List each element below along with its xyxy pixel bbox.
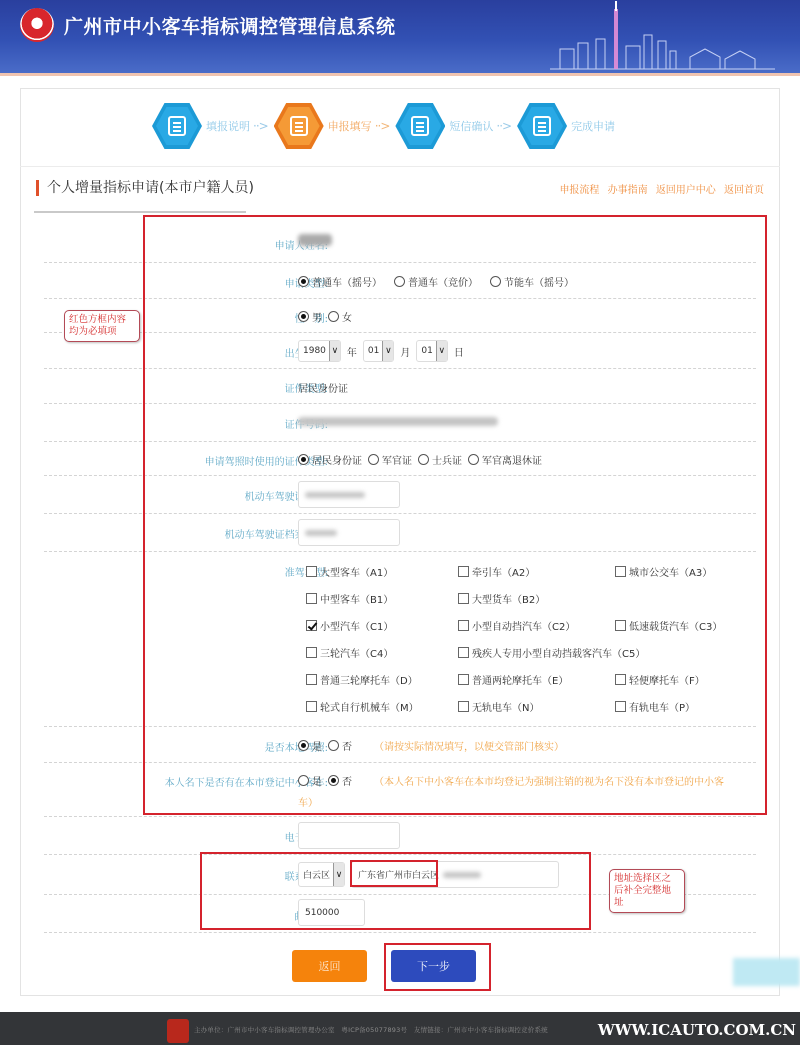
checkbox-c4[interactable]: 三轮汽车（C4）	[306, 645, 393, 660]
email-field[interactable]	[298, 822, 400, 849]
link-home[interactable]: 返回首页	[724, 185, 764, 196]
license-id-type-options: 居民身份证 军官证 士兵证 军官离退休证	[298, 452, 554, 467]
month-unit: 月	[400, 344, 410, 359]
has-local-car-options: 是 否 （本人名下中小客车在本市均登记为强制注销的视为名下没有本市登记的中小客	[298, 773, 724, 788]
checkbox-m[interactable]: 轮式自行机械车（M）	[306, 699, 419, 714]
checkbox-n[interactable]: 无轨电车（N）	[458, 699, 539, 714]
row-email: 电子邮箱:	[44, 817, 756, 855]
radio-id-resident[interactable]: 居民身份证	[298, 452, 362, 467]
radio-local-license-yes[interactable]: 是	[298, 738, 322, 753]
radio-id-retired-officer[interactable]: 军官离退休证	[468, 452, 542, 467]
row-id-number: 证件号码:	[44, 404, 756, 442]
address-note-callout: 地址选择区之后补全完整地址	[609, 869, 685, 913]
chevron-down-icon: ∨	[333, 863, 344, 886]
radio-has-car-yes[interactable]: 是	[298, 773, 322, 788]
year-select[interactable]: 1980∨	[298, 340, 341, 362]
site-footer: 主办单位：广州市中小客车指标调控管理办公室 粤ICP备05077893号 友情链…	[0, 1012, 800, 1045]
document-list-icon	[152, 103, 202, 149]
address-input[interactable]: 广东省广州市白云区	[351, 861, 559, 888]
arrow-right-icon: ··>	[496, 119, 511, 133]
row-license-number: 机动车驾驶证证号:	[44, 476, 756, 514]
link-user-center[interactable]: 返回用户中心	[656, 185, 716, 196]
footer-logo-icon	[167, 1019, 189, 1043]
step-label: 短信确认	[449, 118, 493, 134]
step-label: 完成申请	[571, 118, 615, 134]
checkbox-a2[interactable]: 牵引车（A2）	[458, 564, 535, 579]
district-select[interactable]: 白云区∨	[298, 862, 345, 887]
row-birth-date: 出生日期: 1980∨ 年 01∨ 月 01∨ 日	[44, 333, 756, 369]
link-apply-process[interactable]: 申报流程	[559, 185, 599, 196]
checkbox-c3[interactable]: 低速载货汽车（C3）	[615, 618, 722, 633]
day-unit: 日	[454, 344, 464, 359]
divider	[20, 166, 780, 167]
applicant-name-value	[298, 234, 332, 246]
step-sms-confirm: 短信确认 ··>	[395, 103, 517, 149]
license-file-number-field[interactable]	[298, 519, 400, 546]
gender-options: 男 女	[298, 309, 364, 324]
chevron-down-icon: ∨	[436, 341, 447, 361]
day-select[interactable]: 01∨	[416, 340, 447, 362]
arrow-right-icon: ··>	[253, 119, 268, 133]
chevron-down-icon: ∨	[382, 341, 393, 361]
checkbox-b1[interactable]: 中型客车（B1）	[306, 591, 393, 606]
page-title: 个人增量指标申请(本市户籍人员)	[36, 180, 254, 196]
next-step-button[interactable]: 下一步	[391, 950, 476, 982]
arrow-right-icon: ··>	[375, 119, 390, 133]
checkbox-b2[interactable]: 大型货车（B2）	[458, 591, 545, 606]
row-apply-type: 申请类型: 普通车（摇号） 普通车（竞价） 节能车（摇号）	[44, 263, 756, 299]
birth-date-selects: 1980∨ 年 01∨ 月 01∨ 日	[298, 340, 470, 362]
row-gender: 性 别: 男 女	[44, 299, 756, 333]
required-note-callout: 红色方框内容均为必填项	[64, 310, 140, 342]
has-local-car-hint-cont: 车）	[298, 794, 318, 809]
checkbox-c2[interactable]: 小型自动挡汽车（C2）	[458, 618, 575, 633]
radio-id-officer[interactable]: 军官证	[368, 452, 412, 467]
radio-local-license-no[interactable]: 否	[328, 738, 352, 753]
has-local-car-hint: （本人名下中小客车在本市均登记为强制注销的视为名下没有本市登记的中小客	[374, 773, 724, 788]
year-unit: 年	[347, 344, 357, 359]
step-label: 填报说明	[206, 118, 250, 134]
watermark: WWW.ICAUTO.COM.CN	[598, 1021, 796, 1039]
footer-text: 主办单位：广州市中小客车指标调控管理办公室 粤ICP备05077893号 友情链…	[194, 1025, 548, 1034]
phone-message-icon	[395, 103, 445, 149]
month-select[interactable]: 01∨	[363, 340, 394, 362]
radio-apply-type-energy[interactable]: 节能车（摇号）	[490, 274, 574, 289]
step-label: 申报填写	[328, 118, 372, 134]
edit-document-icon	[274, 103, 324, 149]
checkbox-a3[interactable]: 城市公交车（A3）	[615, 564, 712, 579]
radio-gender-male[interactable]: 男	[298, 309, 322, 324]
radio-has-car-no[interactable]: 否	[328, 773, 352, 788]
progress-steps: 填报说明 ··> 申报填写 ··> 短信确认 ··> 完成申请	[152, 100, 615, 152]
postcode-field[interactable]: 510000	[298, 899, 365, 926]
title-underline	[34, 211, 246, 213]
row-license-file-number: 机动车驾驶证档案编号:	[44, 514, 756, 552]
step-fill-instructions: 填报说明 ··>	[152, 103, 274, 149]
local-license-hint: （请按实际情况填写，以便交管部门核实）	[374, 738, 564, 753]
local-license-options: 是 否 （请按实际情况填写，以便交管部门核实）	[298, 738, 564, 753]
link-guide[interactable]: 办事指南	[608, 185, 648, 196]
address-fields: 白云区∨ 广东省广州市白云区	[298, 861, 559, 888]
license-number-field[interactable]	[298, 481, 400, 508]
back-button[interactable]: 返回	[292, 950, 367, 982]
floating-widget[interactable]	[733, 958, 800, 986]
site-header: 广州市中小客车指标调控管理信息系统	[0, 0, 800, 76]
row-local-license: 是否本地驾照: 是 否 （请按实际情况填写，以便交管部门核实）	[44, 727, 756, 763]
row-license-id-type: 申请驾照时使用的证件类型: 居民身份证 军官证 士兵证 军官离退休证	[44, 442, 756, 476]
row-has-local-car: 本人名下是否有在本市登记中小客车: 是 否 （本人名下中小客车在本市均登记为强制…	[44, 763, 756, 817]
checkbox-a1[interactable]: 大型客车（A1）	[306, 564, 393, 579]
city-skyline-illustration	[540, 1, 780, 73]
header-links: 申报流程 办事指南 返回用户中心 返回首页	[554, 181, 764, 196]
row-applicant-name: 申请人姓名:	[44, 225, 756, 263]
checkbox-e[interactable]: 普通两轮摩托车（E）	[458, 672, 568, 687]
site-title: 广州市中小客车指标调控管理信息系统	[64, 12, 396, 39]
radio-id-soldier[interactable]: 士兵证	[418, 452, 462, 467]
checkbox-c1[interactable]: 小型汽车（C1）	[306, 618, 393, 633]
checkbox-f[interactable]: 轻便摩托车（F）	[615, 672, 705, 687]
checkbox-d[interactable]: 普通三轮摩托车（D）	[306, 672, 418, 687]
id-type-value: 居民身份证	[298, 380, 348, 395]
checkbox-c5[interactable]: 残疾人专用小型自动挡载客汽车（C5）	[458, 645, 645, 660]
apply-type-options: 普通车（摇号） 普通车（竞价） 节能车（摇号）	[298, 274, 586, 289]
step-fill-form: 申报填写 ··>	[274, 103, 396, 149]
checkbox-p[interactable]: 有轨电车（P）	[615, 699, 695, 714]
radio-apply-type-lottery[interactable]: 普通车（摇号）	[298, 274, 382, 289]
row-id-type: 证件类型: 居民身份证	[44, 369, 756, 404]
radio-gender-female[interactable]: 女	[328, 309, 352, 324]
step-complete: 完成申请	[517, 103, 615, 149]
id-number-value	[298, 417, 498, 426]
document-check-icon	[517, 103, 567, 149]
emblem-logo-icon	[20, 8, 54, 42]
chevron-down-icon: ∨	[329, 341, 340, 361]
radio-apply-type-auction[interactable]: 普通车（竞价）	[394, 274, 478, 289]
